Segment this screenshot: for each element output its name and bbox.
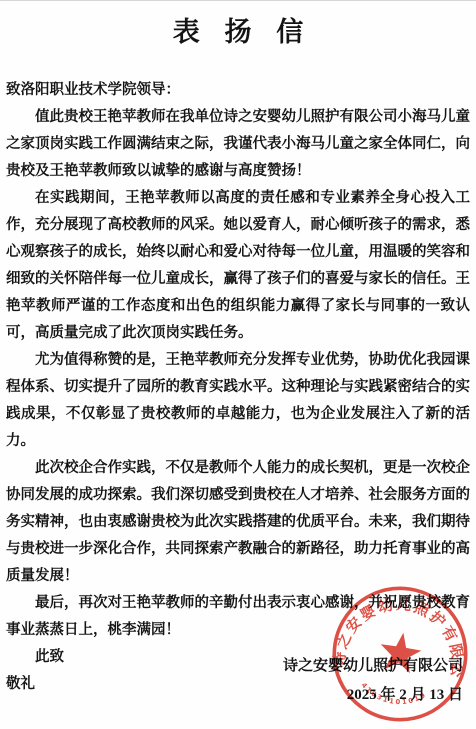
letter-paragraph: 在实践期间，王艳苹教师以高度的责任感和专业素养全身心投入工作，充分展现了高校教师… [6,185,470,347]
letter-paragraph: 尤为值得称赞的是，王艳苹教师充分发挥专业优势，协助优化我园课程体系、切实提升了园… [6,347,470,455]
letter-paragraph: 此次校企合作实践，不仅是教师个人能力的成长契机，更是一次校企协同发展的成功探索。… [6,455,470,590]
salutation: 致洛阳职业技术学院领导： [6,77,470,104]
letter-title: 表 扬 信 [6,14,470,50]
seal-serial-label: 41031101019 [357,680,429,711]
letter-paragraph: 值此贵校王艳苹教师在我单位诗之安婴幼儿照护有限公司小海马儿童之家顶岗实践工作圆满… [6,104,470,185]
star-icon [377,629,424,674]
company-seal: 诗之安婴幼儿照护有限公司 41031101019 [318,572,476,729]
seal-serial-number: 41031101019 [357,680,429,711]
letter-page: 表 扬 信 致洛阳职业技术学院领导： 值此贵校王艳苹教师在我单位诗之安婴幼儿照护… [0,0,476,729]
